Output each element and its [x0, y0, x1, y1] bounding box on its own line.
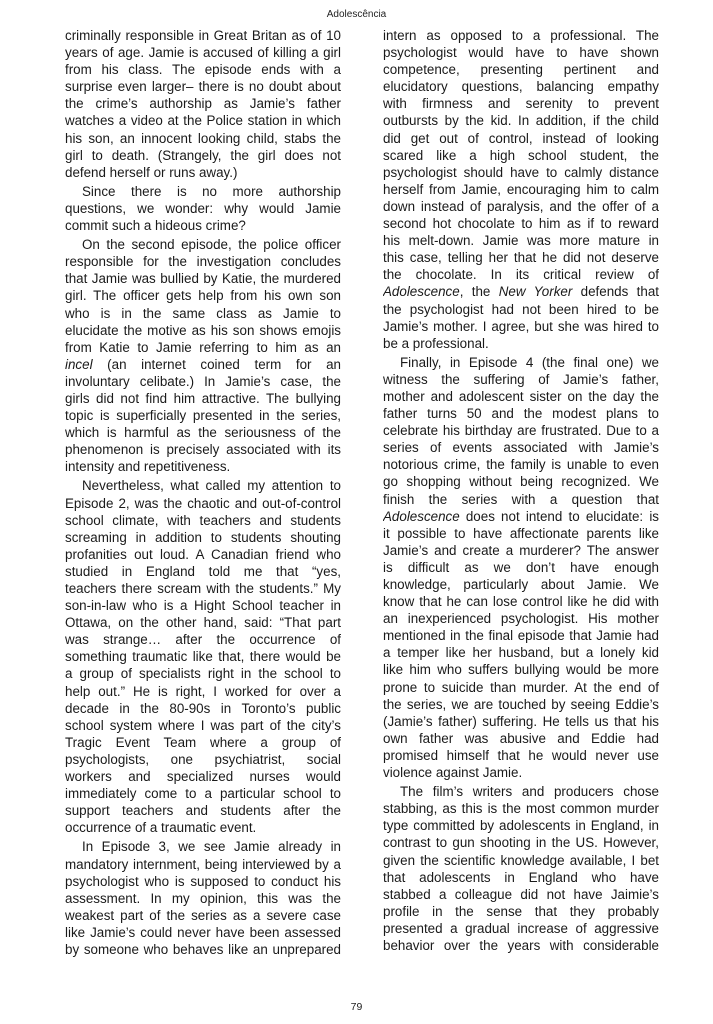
- text-line: stabbed a colleague did not have Jaimie’…: [383, 886, 659, 903]
- text-line: Episode 2, was the chaotic and out-of-co…: [65, 495, 341, 512]
- text-line: the crime’s authorship as Jamie’s father: [65, 95, 341, 112]
- text-line: Jamie’s and create a murderer? The answe…: [383, 542, 659, 559]
- text-line: who is in the same class as Jamie to: [65, 305, 341, 322]
- text-line: help out.” He is right, I worked for ove…: [65, 683, 341, 700]
- left-column: criminally responsible in Great Britan a…: [65, 27, 341, 958]
- text-line: know that he can lose control like he di…: [383, 593, 659, 610]
- text-line: Jamie’s mother. I agree, but she was hir…: [383, 318, 659, 335]
- text-line: violence against Jamie.: [383, 764, 659, 781]
- text-line: questions, we wonder: why would Jamie: [65, 200, 341, 217]
- text-line: mentioned in the final episode that Jami…: [383, 627, 659, 644]
- text-line: girl to death. (Strangely, the girl does…: [65, 147, 341, 164]
- text-line: something traumatic like that, there wou…: [65, 648, 341, 665]
- text-line: knowledge, particularly about Jamie. We: [383, 576, 659, 593]
- text-line: profile in the sense that they probably: [383, 903, 659, 920]
- text-line: like Jamie’s could never have been asses…: [65, 924, 341, 941]
- text-line: decade in the 80-90s in Toronto’s public: [65, 700, 341, 717]
- text-line: occurrence of a traumatic event.: [65, 819, 341, 836]
- text-line: The film’s writers and producers chose: [383, 783, 659, 800]
- text-line: intern as opposed to a professional. The: [383, 27, 659, 44]
- text-line: (Jamie’s father) suffering. He tells us …: [383, 713, 659, 730]
- text-line: scared like a high school student, the: [383, 147, 659, 164]
- text-line: Nevertheless, what called my attention t…: [65, 477, 341, 494]
- text-line: elucidatory questions, balancing empathy: [383, 78, 659, 95]
- text-line: an inexperienced psychologist. His mothe…: [383, 610, 659, 627]
- text-line: elucidate the motive as his son shows em…: [65, 322, 341, 339]
- text-line: presented a gradual increase of aggressi…: [383, 920, 659, 937]
- text-line: that adolescents in England who have: [383, 869, 659, 886]
- text-line: girls did not find him attractive. The b…: [65, 390, 341, 407]
- text-line: type committed by adolescents in England…: [383, 817, 659, 834]
- text-line: outbursts by the kid. In addition, if th…: [383, 112, 659, 129]
- text-line: son-in-law who is a Hight School teacher…: [65, 597, 341, 614]
- text-line: it possible to have affectionate parents…: [383, 525, 659, 542]
- page-number: 79: [0, 1001, 713, 1013]
- text-line: which is harmful as the seriousness of t…: [65, 424, 341, 441]
- text-line: responsible for the investigation conclu…: [65, 253, 341, 270]
- text-line: mother and adolescent sister on the day …: [383, 388, 659, 405]
- text-line: witness the suffering of Jamie’s father,: [383, 371, 659, 388]
- text-line: go shopping without being recognized. We: [383, 473, 659, 490]
- text-line: psychologist should have to calmly dista…: [383, 164, 659, 181]
- text-line: workers and specialized nurses would: [65, 768, 341, 785]
- text-line: phenomenon is precisely associated with …: [65, 441, 341, 458]
- text-line: notorious crime, the family is unable to…: [383, 456, 659, 473]
- text-line: like him who suffers bullying would be m…: [383, 661, 659, 678]
- paragraph: On the second episode, the police office…: [65, 236, 341, 475]
- text-line: own father was abusive and Eddie had: [383, 730, 659, 747]
- text-line: herself from Jamie, encouraging him to c…: [383, 181, 659, 198]
- text-line: commit such a hideous crime?: [65, 217, 341, 234]
- text-line: topic is superficially presented in the …: [65, 407, 341, 424]
- text-line: the psychologist had not been hired to b…: [383, 301, 659, 318]
- text-line: that Jamie was bullied by Katie, the mur…: [65, 270, 341, 287]
- text-line: Finally, in Episode 4 (the final one) we: [383, 354, 659, 371]
- text-line: incel (an internet coined term for an: [65, 356, 341, 373]
- text-line: finish the series with a question that: [383, 491, 659, 508]
- text-line: Ottawa, on the other hand, said: “That p…: [65, 614, 341, 631]
- text-line: support teachers and students after the: [65, 802, 341, 819]
- text-line: girl. The officer gets help from his own…: [65, 287, 341, 304]
- text-line: series of events associated with Jamie’s: [383, 439, 659, 456]
- text-line: his son, an innocent looking child, stab…: [65, 130, 341, 147]
- text-line: be a professional.: [383, 335, 659, 352]
- running-header: Adolescência: [0, 9, 713, 20]
- text-line: On the second episode, the police office…: [65, 236, 341, 253]
- text-line: from his class. The episode ends with a: [65, 61, 341, 78]
- text-line: In Episode 3, we see Jamie already in: [65, 838, 341, 855]
- paragraph: Nevertheless, what called my attention t…: [65, 477, 341, 836]
- text-line: Adolescence does not intend to elucidate…: [383, 508, 659, 525]
- text-line: studied in England told me that “yes,: [65, 563, 341, 580]
- text-line: years of age. Jamie is accused of killin…: [65, 44, 341, 61]
- text-line: contrast to gun shooting in the US. Howe…: [383, 834, 659, 851]
- text-line: prone to suicide than murder. At the end…: [383, 679, 659, 696]
- text-line: the series, we are touched by seeing Edd…: [383, 696, 659, 713]
- text-line: Tragic Event Team where a group of: [65, 734, 341, 751]
- text-line: a temper like her husband, but a lonely …: [383, 644, 659, 661]
- text-line: mandatory internment, being interviewed …: [65, 856, 341, 873]
- text-line: celebrate his birthday are frustrated. D…: [383, 422, 659, 439]
- text-line: weakest part of the series as a severe c…: [65, 907, 341, 924]
- text-line: teachers there scream with the students.…: [65, 580, 341, 597]
- text-line: down instead of paralysis, and the offer…: [383, 198, 659, 215]
- text-line: second hot chocolate to him as if to rew…: [383, 215, 659, 232]
- text-line: criminally responsible in Great Britan a…: [65, 27, 341, 44]
- text-line: did get out of control, instead of looki…: [383, 130, 659, 147]
- text-line: was strange… after the occurrence of: [65, 631, 341, 648]
- text-line: a group of specialists right in the scho…: [65, 665, 341, 682]
- right-column: intern as opposed to a professional. The…: [383, 27, 659, 954]
- text-line: given the scientific knowledge available…: [383, 852, 659, 869]
- text-line: assessment. In my opinion, this was the: [65, 890, 341, 907]
- text-line: psychologist would have to have shown: [383, 44, 659, 61]
- text-line: by someone who behaves like an unprepare…: [65, 941, 341, 958]
- text-line: psychologists, one psychiatrist, social: [65, 751, 341, 768]
- text-line: screaming in addition to students shouti…: [65, 529, 341, 546]
- paragraph: criminally responsible in Great Britan a…: [65, 27, 341, 181]
- text-line: defend herself or runs away.): [65, 164, 341, 181]
- text-line: competence, presenting pertinent and: [383, 61, 659, 78]
- paragraph: Since there is no more authorshipquestio…: [65, 183, 341, 234]
- text-line: Adolescence, the New Yorker defends that: [383, 283, 659, 300]
- text-line: involuntary celibate.) In Jamie’s case, …: [65, 373, 341, 390]
- text-line: behavior over the years with considerabl…: [383, 937, 659, 954]
- text-line: father turns 50 and the modest plans to: [383, 405, 659, 422]
- text-line: watches a video at the Police station in…: [65, 112, 341, 129]
- text-line: surprise even larger– there is no doubt …: [65, 78, 341, 95]
- text-line: stabbing, as this is the most common mur…: [383, 800, 659, 817]
- text-line: with firmness and serenity to prevent: [383, 95, 659, 112]
- paragraph: Finally, in Episode 4 (the final one) we…: [383, 354, 659, 781]
- text-line: psychologist who is supposed to conduct …: [65, 873, 341, 890]
- text-line: profanities out loud. A Canadian friend …: [65, 546, 341, 563]
- text-line: promised himself that he would never use: [383, 747, 659, 764]
- paragraph: intern as opposed to a professional. The…: [383, 27, 659, 352]
- text-line: immediately come to a particular school …: [65, 785, 341, 802]
- paragraph: The film’s writers and producers chosest…: [383, 783, 659, 954]
- text-line: intensity and repetitiveness.: [65, 458, 341, 475]
- text-line: school climate, with teachers and studen…: [65, 512, 341, 529]
- text-line: from Katie to Jamie referring to him as …: [65, 339, 341, 356]
- paragraph: In Episode 3, we see Jamie already inman…: [65, 838, 341, 958]
- text-line: this case, telling her that he did not d…: [383, 249, 659, 266]
- text-line: is difficult as we don’t have enough: [383, 559, 659, 576]
- text-line: school system where I was part of the ci…: [65, 717, 341, 734]
- text-line: Since there is no more authorship: [65, 183, 341, 200]
- text-line: the chocolate. In its critical review of: [383, 266, 659, 283]
- text-line: his melt-down. Jamie was more mature in: [383, 232, 659, 249]
